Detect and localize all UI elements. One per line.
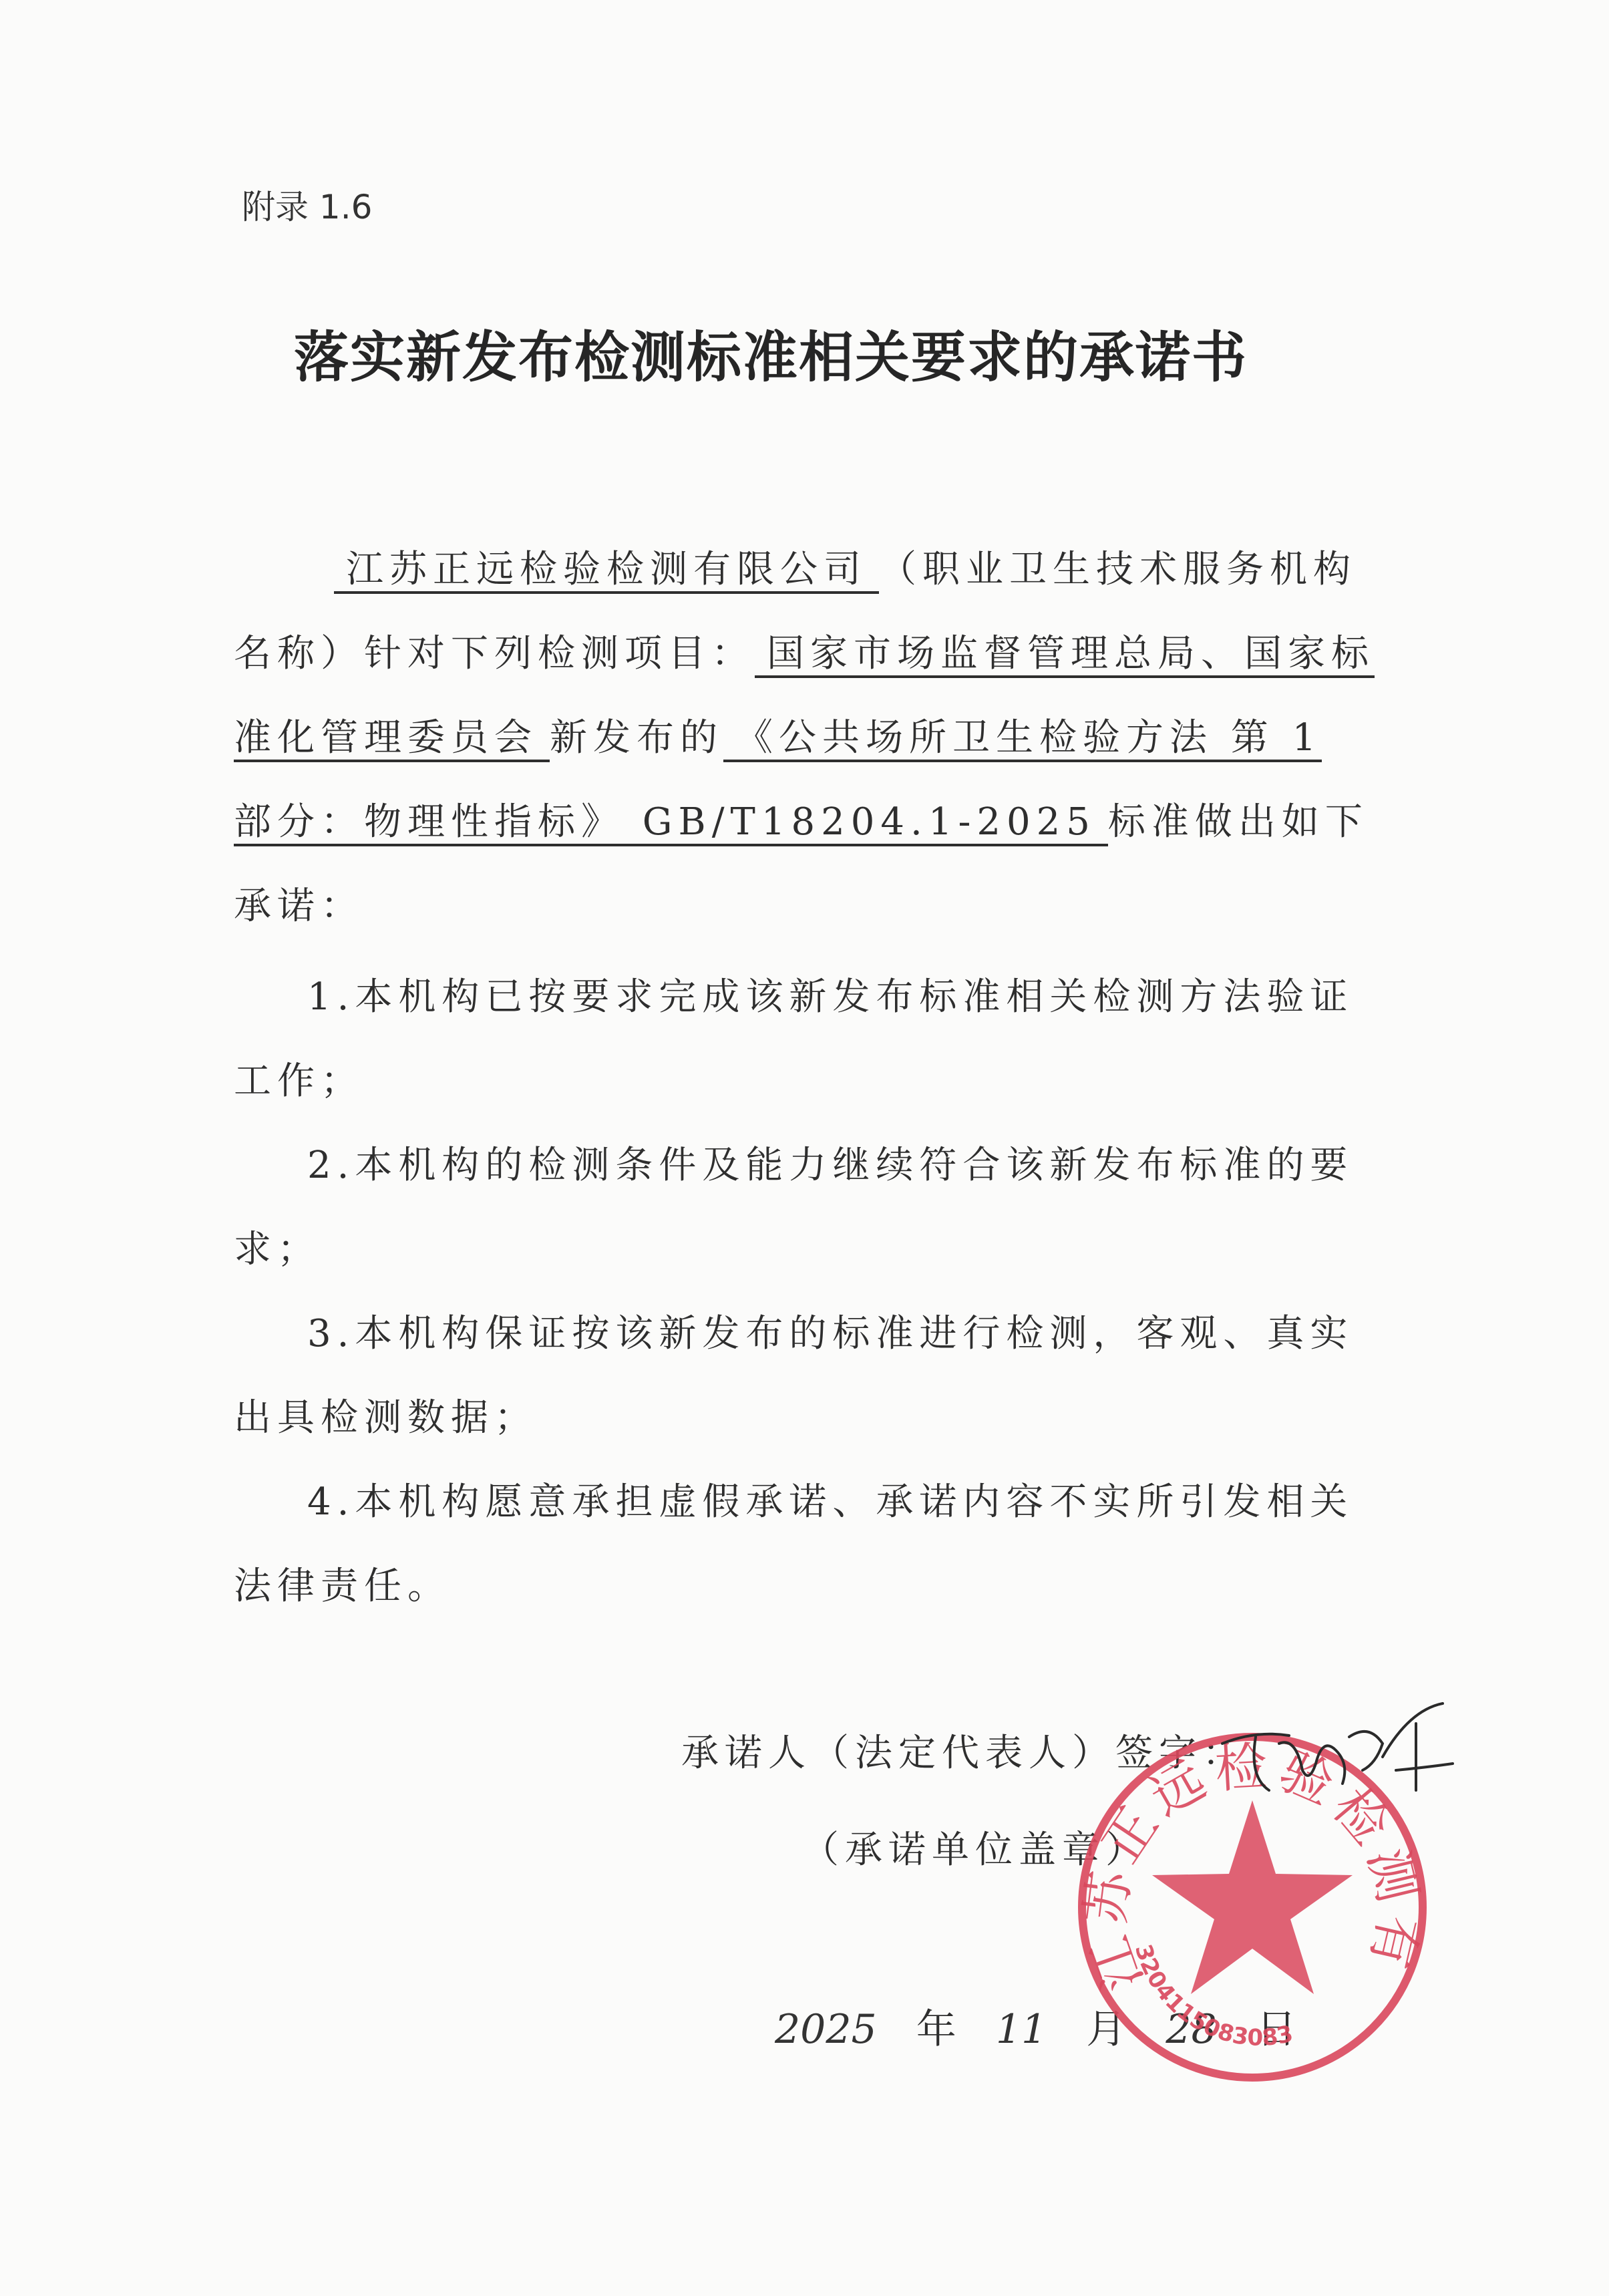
institution-name: 江苏正远检验检测有限公司 [334, 548, 879, 594]
intro-text-2: 新发布的 [550, 716, 723, 760]
date-year-unit: 年 [916, 2006, 956, 2053]
commitment-item-3: 3.本机构保证按该新发布的标准进行检测，客观、真实出具检测数据； [234, 1292, 1383, 1460]
star-icon [1152, 1800, 1353, 1994]
intro-paragraph: 江苏正远检验检测有限公司（职业卫生技术服务机构名称）针对下列检测项目：国家市场监… [234, 528, 1383, 949]
appendix-label: 附录 1.6 [242, 180, 372, 228]
document-page: 附录 1.6 落实新发布检测标准相关要求的承诺书 江苏正远检验检测有限公司（职业… [0, 0, 1609, 2296]
date-month: 11 [996, 2006, 1047, 2053]
document-title: 落实新发布检测标准相关要求的承诺书 [294, 314, 1363, 392]
date-year: 2025 [775, 2006, 877, 2053]
commitment-item-1: 1.本机构已按要求完成该新发布标准相关检测方法验证工作； [234, 955, 1383, 1124]
handwritten-signature [1216, 1697, 1456, 1804]
commitment-item-2: 2.本机构的检测条件及能力继续符合该新发布标准的要求； [234, 1124, 1383, 1292]
commitment-item-4: 4.本机构愿意承担虚假承诺、承诺内容不实所引发相关法律责任。 [234, 1460, 1383, 1629]
